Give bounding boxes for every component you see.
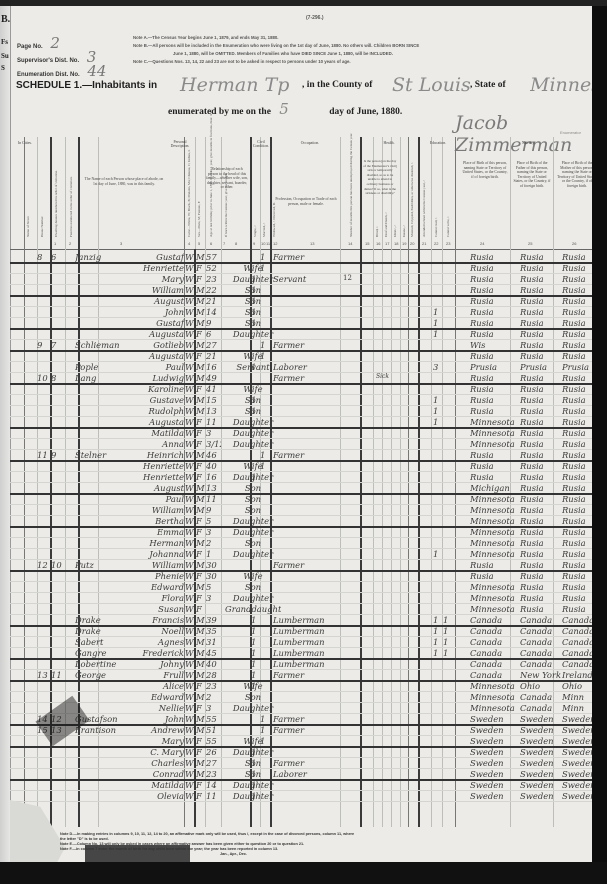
race: W (185, 329, 195, 339)
row-rule (10, 702, 592, 703)
sex: M (196, 648, 205, 658)
mother-birthplace: Rusia (562, 285, 592, 295)
father-birthplace: Rusia (520, 538, 562, 548)
sex: F (196, 329, 205, 339)
table-row: EdwardWM2SonMinnesotaCanadaMinn (10, 692, 592, 702)
given-name: Karoline (122, 384, 184, 394)
mother-birthplace: Sweden (562, 780, 592, 790)
column-number: 17 (385, 241, 389, 246)
header-cannot-write: Cannot write, /. (446, 197, 450, 237)
sex: M (196, 659, 205, 669)
mother-birthplace: Rusia (562, 604, 592, 614)
father-birthplace: Rusia (520, 263, 562, 273)
enumerator-label: Enumerator (560, 130, 581, 135)
column-number: 23 (446, 241, 450, 246)
table-row: PoplePaulWM16Servant1Laborer3PrusiaPrusi… (10, 362, 592, 372)
row-rule (10, 801, 592, 802)
family-number: 6 (51, 252, 65, 262)
occupation: Lumberman (273, 637, 339, 647)
township-value: Herman Tp (180, 74, 289, 96)
row-rule (10, 647, 592, 648)
cannot-write-mark: 1 (443, 648, 453, 658)
occupation: Laborer (273, 769, 339, 779)
relationship: Daughter (225, 527, 281, 537)
father-birthplace: Canada (520, 703, 562, 713)
occupation: Laborer (273, 362, 339, 372)
relationship: Daughter (225, 703, 281, 713)
mother-birthplace: Rusia (562, 340, 592, 350)
age: 3/12 (206, 439, 221, 449)
mother-birthplace: Canada (562, 648, 592, 658)
father-birthplace: Rusia (520, 329, 562, 339)
table-row: BerthaWF5DaughterMinnesotaRusiaRusia (10, 516, 592, 526)
race: W (185, 428, 195, 438)
sex: M (196, 362, 205, 372)
edge-letter: Fs (1, 38, 8, 46)
father-birthplace: Rusia (520, 549, 562, 559)
given-name: John (122, 307, 184, 317)
column-number: 25 (528, 241, 532, 246)
age: 35 (206, 626, 221, 636)
surname: Drake (75, 615, 125, 625)
table-row: C. MaryWF26Daughter1SwedenSwedenSweden (10, 747, 592, 757)
father-birthplace: Rusia (520, 285, 562, 295)
race: W (185, 780, 195, 790)
header-deaf: Deaf and Dumb, /. (384, 187, 388, 237)
single-mark: 1 (251, 791, 259, 801)
age: 14 (206, 307, 221, 317)
given-name: Paul (122, 494, 184, 504)
mother-birthplace: Rusia (562, 494, 592, 504)
age: 23 (206, 769, 221, 779)
birthplace: Canada (470, 670, 518, 680)
table-row: AliceWF23Wife1MinnesotaOhioOhio (10, 681, 592, 691)
race: W (185, 318, 195, 328)
row-rule (10, 394, 592, 395)
surname: Pople (75, 362, 125, 372)
mother-birthplace: Sweden (562, 791, 592, 801)
age: 3 (206, 527, 221, 537)
father-birthplace: Rusia (520, 439, 562, 449)
state-label: , State of (470, 80, 506, 90)
table-row: AugustaWF11Daughter1MinnesotaRusiaRusia (10, 417, 592, 427)
age: 23 (206, 681, 221, 691)
cannot-read-mark: 1 (433, 329, 443, 339)
sex: F (196, 527, 205, 537)
header-insane: Insane, /. (402, 197, 406, 237)
table-row: FloraWF3DaughterMinnesotaRusiaRusia (10, 593, 592, 603)
birthplace: Minnesota (470, 703, 518, 713)
age: 15 (206, 395, 221, 405)
age: 40 (206, 659, 221, 669)
surname: Schlieman (75, 340, 125, 350)
cannot-read-mark: 1 (433, 648, 443, 658)
age: 49 (206, 373, 221, 383)
birthplace: Sweden (470, 725, 518, 735)
given-name: Mary (122, 736, 184, 746)
birthplace: Rusia (470, 472, 518, 482)
row-rule (10, 603, 592, 604)
single-mark: 1 (251, 780, 259, 790)
age: 11 (206, 791, 221, 801)
row-rule (10, 449, 592, 450)
row-rule (10, 493, 592, 495)
column-number: 9 (253, 241, 255, 246)
birthplace: Rusia (470, 274, 518, 284)
given-name: Andrew (122, 725, 184, 735)
age: 22 (206, 285, 221, 295)
occupation: Farmer (273, 450, 339, 460)
table-row: DrakeNoellWM351Lumberman11CanadaCanadaCa… (10, 626, 592, 636)
row-rule (10, 262, 592, 264)
father-birthplace: Rusia (520, 604, 562, 614)
table-row: GustafWM9Son11RusiaRusiaRusia (10, 318, 592, 328)
row-rule (10, 416, 592, 417)
relationship: Son (225, 692, 281, 702)
race: W (185, 549, 195, 559)
birthplace: Wis (470, 340, 518, 350)
row-rule (10, 526, 592, 528)
birthplace: Rusia (470, 285, 518, 295)
mother-birthplace: Rusia (562, 274, 592, 284)
age: 6 (206, 329, 221, 339)
race: W (185, 450, 195, 460)
birthplace: Rusia (470, 329, 518, 339)
header-occupation: Occupation. (280, 141, 340, 145)
family-number: 7 (51, 340, 65, 350)
mother-birthplace: Rusia (562, 395, 592, 405)
married-mark: 1 (260, 461, 268, 471)
father-birthplace: Rusia (520, 571, 562, 581)
column-number: 20 (410, 241, 414, 246)
given-name: Johny (122, 659, 184, 669)
given-name: Emma (122, 527, 184, 537)
row-rule (10, 482, 592, 483)
father-birthplace: Rusia (520, 472, 562, 482)
father-birthplace: Rusia (520, 428, 562, 438)
age: 16 (206, 472, 221, 482)
table-row: 1513FrantisonAndrewWM511FarmerSwedenSwed… (10, 725, 592, 735)
father-birthplace: Rusia (520, 340, 562, 350)
birthplace: Minnesota (470, 538, 518, 548)
footnote-months: Jan., Apr., Dec. (60, 852, 360, 857)
cannot-read-mark: 1 (433, 626, 443, 636)
birthplace: Canada (470, 648, 518, 658)
race: W (185, 538, 195, 548)
relationship: Son (225, 538, 281, 548)
edge-letter: B. (1, 14, 10, 25)
sex: F (196, 747, 205, 757)
header-nativity: Nativity. (455, 141, 592, 145)
father-birthplace: Canada (520, 692, 562, 702)
row-rule (10, 592, 592, 593)
mother-birthplace: Rusia (562, 505, 592, 515)
age: 16 (206, 362, 221, 372)
birthplace: Sweden (470, 780, 518, 790)
age: 9 (206, 505, 221, 515)
table-row: HermanWM2SonMinnesotaRusiaRusia (10, 538, 592, 548)
column-number: 8 (235, 241, 237, 246)
birthplace: Rusia (470, 395, 518, 405)
enumerated-suffix: day of June, 1880. (329, 107, 402, 117)
age: 5 (206, 582, 221, 592)
race: W (185, 384, 195, 394)
single-mark: 1 (251, 670, 259, 680)
occupation: Farmer (273, 725, 339, 735)
header-birth-month: If born within the Census year, give the… (224, 151, 228, 237)
scan-edge-top (0, 0, 607, 6)
row-rule (10, 559, 592, 560)
row-rule (10, 658, 592, 660)
family-number: 9 (51, 450, 65, 460)
given-name: Edward (122, 692, 184, 702)
state: Minnesota (530, 74, 592, 96)
age: 11 (206, 494, 221, 504)
birthplace: Rusia (470, 373, 518, 383)
column-number: 6 (210, 241, 212, 246)
age: 30 (206, 560, 221, 570)
race: W (185, 296, 195, 306)
single-mark: 1 (251, 362, 259, 372)
footnotes: Note D.—In making entries in columns 9, … (60, 832, 360, 857)
race: W (185, 274, 195, 284)
table-row: AugustWM13SonMichiganRusiaRusia (10, 483, 592, 493)
given-name: August (122, 296, 184, 306)
father-birthplace: Rusia (520, 527, 562, 537)
sex: M (196, 494, 205, 504)
table-row: HenrietteWF40Wife1RusiaRusiaRusia (10, 461, 592, 471)
race: W (185, 582, 195, 592)
age: 28 (206, 670, 221, 680)
mother-birthplace: Rusia (562, 538, 592, 548)
note-c: Note C.—Questions Nos. 13, 14, 22 and 23… (133, 58, 592, 66)
given-name: Henriette (122, 263, 184, 273)
birthplace: Rusia (470, 318, 518, 328)
single-mark: 1 (251, 747, 259, 757)
race: W (185, 769, 195, 779)
table-row: 108LangLudwigWM49FarmerSickRusiaRusiaRus… (10, 373, 592, 383)
race: W (185, 285, 195, 295)
age: 27 (206, 340, 221, 350)
race: W (185, 670, 195, 680)
column-number: 2 (69, 241, 71, 246)
father-birthplace: Sweden (520, 725, 562, 735)
table-row: AugustaWF6Daughter1RusiaRusiaRusia (10, 329, 592, 339)
header-health: Health. (360, 141, 418, 145)
note-a: Note A.—The Census Year begins June 1, 1… (133, 34, 592, 42)
married-mark: 1 (260, 450, 268, 460)
note-b: Note B.—All persons will be included in … (133, 42, 592, 50)
table-row: KarolineWF41WifeRusiaRusiaRusia (10, 384, 592, 394)
row-rule (10, 713, 592, 714)
header-idiotic: Idiotic, /. (393, 197, 397, 237)
header-maimed: Maimed, Crippled, Bedridden, or otherwis… (410, 151, 414, 237)
father-birthplace: Sweden (520, 769, 562, 779)
father-birthplace: Rusia (520, 252, 562, 262)
cannot-read-mark: 1 (433, 307, 443, 317)
table-row: SusanWFGranddaughterMinnesotaRusiaRusia (10, 604, 592, 614)
given-name: Conrad (122, 769, 184, 779)
occupation: Lumberman (273, 659, 339, 669)
birthplace: Minnesota (470, 604, 518, 614)
row-rule (10, 669, 592, 670)
age: 21 (206, 351, 221, 361)
months-unemployed: 12 (343, 274, 359, 282)
mother-birthplace: Rusia (562, 560, 592, 570)
header-name: The Name of each Person whose place of a… (82, 177, 166, 186)
race: W (185, 736, 195, 746)
header-widowed: Widowed, /. Divorced, D. (272, 177, 276, 237)
table-row: HenrietteWF16Daughter1RusiaRusiaRusia (10, 472, 592, 482)
header-civil-condition: Civil Condition. (250, 140, 272, 148)
surname: Putz (75, 560, 125, 570)
header-house-number: House Number. (40, 157, 44, 237)
column-number: 12 (273, 241, 277, 246)
instruction-notes: Note A.—The Census Year begins June 1, 1… (133, 34, 592, 66)
birthplace: Minnesota (470, 527, 518, 537)
census-page: B. Fs Su S (7-296.) Page No. 2 Superviso… (0, 0, 592, 870)
age: 9 (206, 318, 221, 328)
race: W (185, 681, 195, 691)
row-rule (10, 405, 592, 406)
given-name: William (122, 285, 184, 295)
father-birthplace: Sweden (520, 780, 562, 790)
birthplace: Rusia (470, 263, 518, 273)
birthplace: Rusia (470, 450, 518, 460)
father-birthplace: Canada (520, 659, 562, 669)
race: W (185, 637, 195, 647)
race: W (185, 703, 195, 713)
race: W (185, 406, 195, 416)
age: 52 (206, 263, 221, 273)
age: 45 (206, 648, 221, 658)
father-birthplace: Sweden (520, 714, 562, 724)
father-birthplace: Sweden (520, 791, 562, 801)
row-rule (10, 339, 592, 340)
birthplace: Minnesota (470, 582, 518, 592)
age: 41 (206, 384, 221, 394)
column-number: 3 (120, 241, 122, 246)
given-name: Frull (122, 670, 184, 680)
cannot-read-mark: 1 (433, 615, 443, 625)
row-rule (10, 680, 592, 682)
relationship: Son (225, 582, 281, 592)
age: 27 (206, 758, 221, 768)
row-rule (10, 614, 592, 615)
mother-birthplace: Canada (562, 626, 592, 636)
mother-birthplace: Sweden (562, 736, 592, 746)
row-rule (10, 295, 592, 297)
birthplace: Canada (470, 659, 518, 669)
given-name: Herman (122, 538, 184, 548)
sex: M (196, 626, 205, 636)
relationship: Son (225, 505, 281, 515)
table-row: MatildaWF3DaughterMinnesotaRusiaRusia (10, 428, 592, 438)
father-birthplace: Rusia (520, 296, 562, 306)
dwelling-number: 13 (37, 670, 51, 680)
birthplace: Rusia (470, 307, 518, 317)
scan-edge-bottom (0, 862, 607, 884)
race: W (185, 494, 195, 504)
row-rule (10, 625, 592, 627)
relationship: Daughter (225, 516, 281, 526)
married-mark: 1 (260, 351, 268, 361)
column-number: 10 (261, 241, 265, 246)
row-rule (10, 537, 592, 538)
mother-birthplace: Canada (562, 637, 592, 647)
birthplace: Sweden (470, 747, 518, 757)
given-name: Flora (122, 593, 184, 603)
mother-birthplace: Rusia (562, 549, 592, 559)
mother-birthplace: Rusia (562, 263, 592, 273)
table-row: 1210PutzWilliamWM30FarmerRusiaRusiaRusia (10, 560, 592, 570)
sex: M (196, 615, 205, 625)
mother-birthplace: Rusia (562, 428, 592, 438)
race: W (185, 395, 195, 405)
given-name: Henriette (122, 461, 184, 471)
given-name: Edward (122, 582, 184, 592)
cannot-read-mark: 1 (433, 395, 443, 405)
column-number: 5 (198, 241, 200, 246)
single-mark: 1 (251, 395, 259, 405)
occupation: Farmer (273, 758, 339, 768)
row-rule (10, 735, 592, 736)
married-mark: 1 (260, 340, 268, 350)
mother-birthplace: Rusia (562, 417, 592, 427)
sex: M (196, 714, 205, 724)
occupation: Farmer (273, 373, 339, 383)
relationship: Daughter (225, 329, 281, 339)
row-rule (10, 372, 592, 373)
table-row: NellieWF3DaughterMinnesotaCanadaMinn (10, 703, 592, 713)
single-mark: 1 (251, 307, 259, 317)
birthplace: Rusia (470, 296, 518, 306)
birthplace: Rusia (470, 351, 518, 361)
birthplace: Rusia (470, 461, 518, 471)
mother-birthplace: Rusia (562, 472, 592, 482)
surname: Drake (75, 626, 125, 636)
header-family: Families numbered in the order of visita… (69, 151, 73, 237)
mother-birthplace: Prusia (562, 362, 592, 372)
age: 31 (206, 637, 221, 647)
enumeration-line: enumerated by me on the 5 day of June, 1… (168, 100, 402, 118)
cannot-read-mark: 3 (433, 362, 443, 372)
table-row: WilliamWM9SonMinnesotaRusiaRusia (10, 505, 592, 515)
given-name: August (122, 483, 184, 493)
relationship: Daughter (225, 417, 281, 427)
cannot-read-mark: 1 (433, 406, 443, 416)
age: 51 (206, 725, 221, 735)
mother-birthplace: Canada (562, 659, 592, 669)
father-birthplace: Rusia (520, 494, 562, 504)
mother-birthplace: Sweden (562, 769, 592, 779)
edge-letter: Su (1, 52, 9, 60)
mother-birthplace: Rusia (562, 439, 592, 449)
sex: M (196, 340, 205, 350)
header-street: Name of Street. (26, 157, 30, 237)
dwelling-number: 10 (37, 373, 51, 383)
sex: F (196, 461, 205, 471)
enumeration-district: Enumeration Dist. No. 44 (17, 62, 106, 80)
father-birthplace: Prusia (520, 362, 562, 372)
row-rule (10, 504, 592, 505)
cannot-write-mark: 1 (443, 637, 453, 647)
age: 26 (206, 747, 221, 757)
father-birthplace: Rusia (520, 483, 562, 493)
age: 55 (206, 714, 221, 724)
sex: M (196, 373, 205, 383)
relationship: Son (225, 494, 281, 504)
